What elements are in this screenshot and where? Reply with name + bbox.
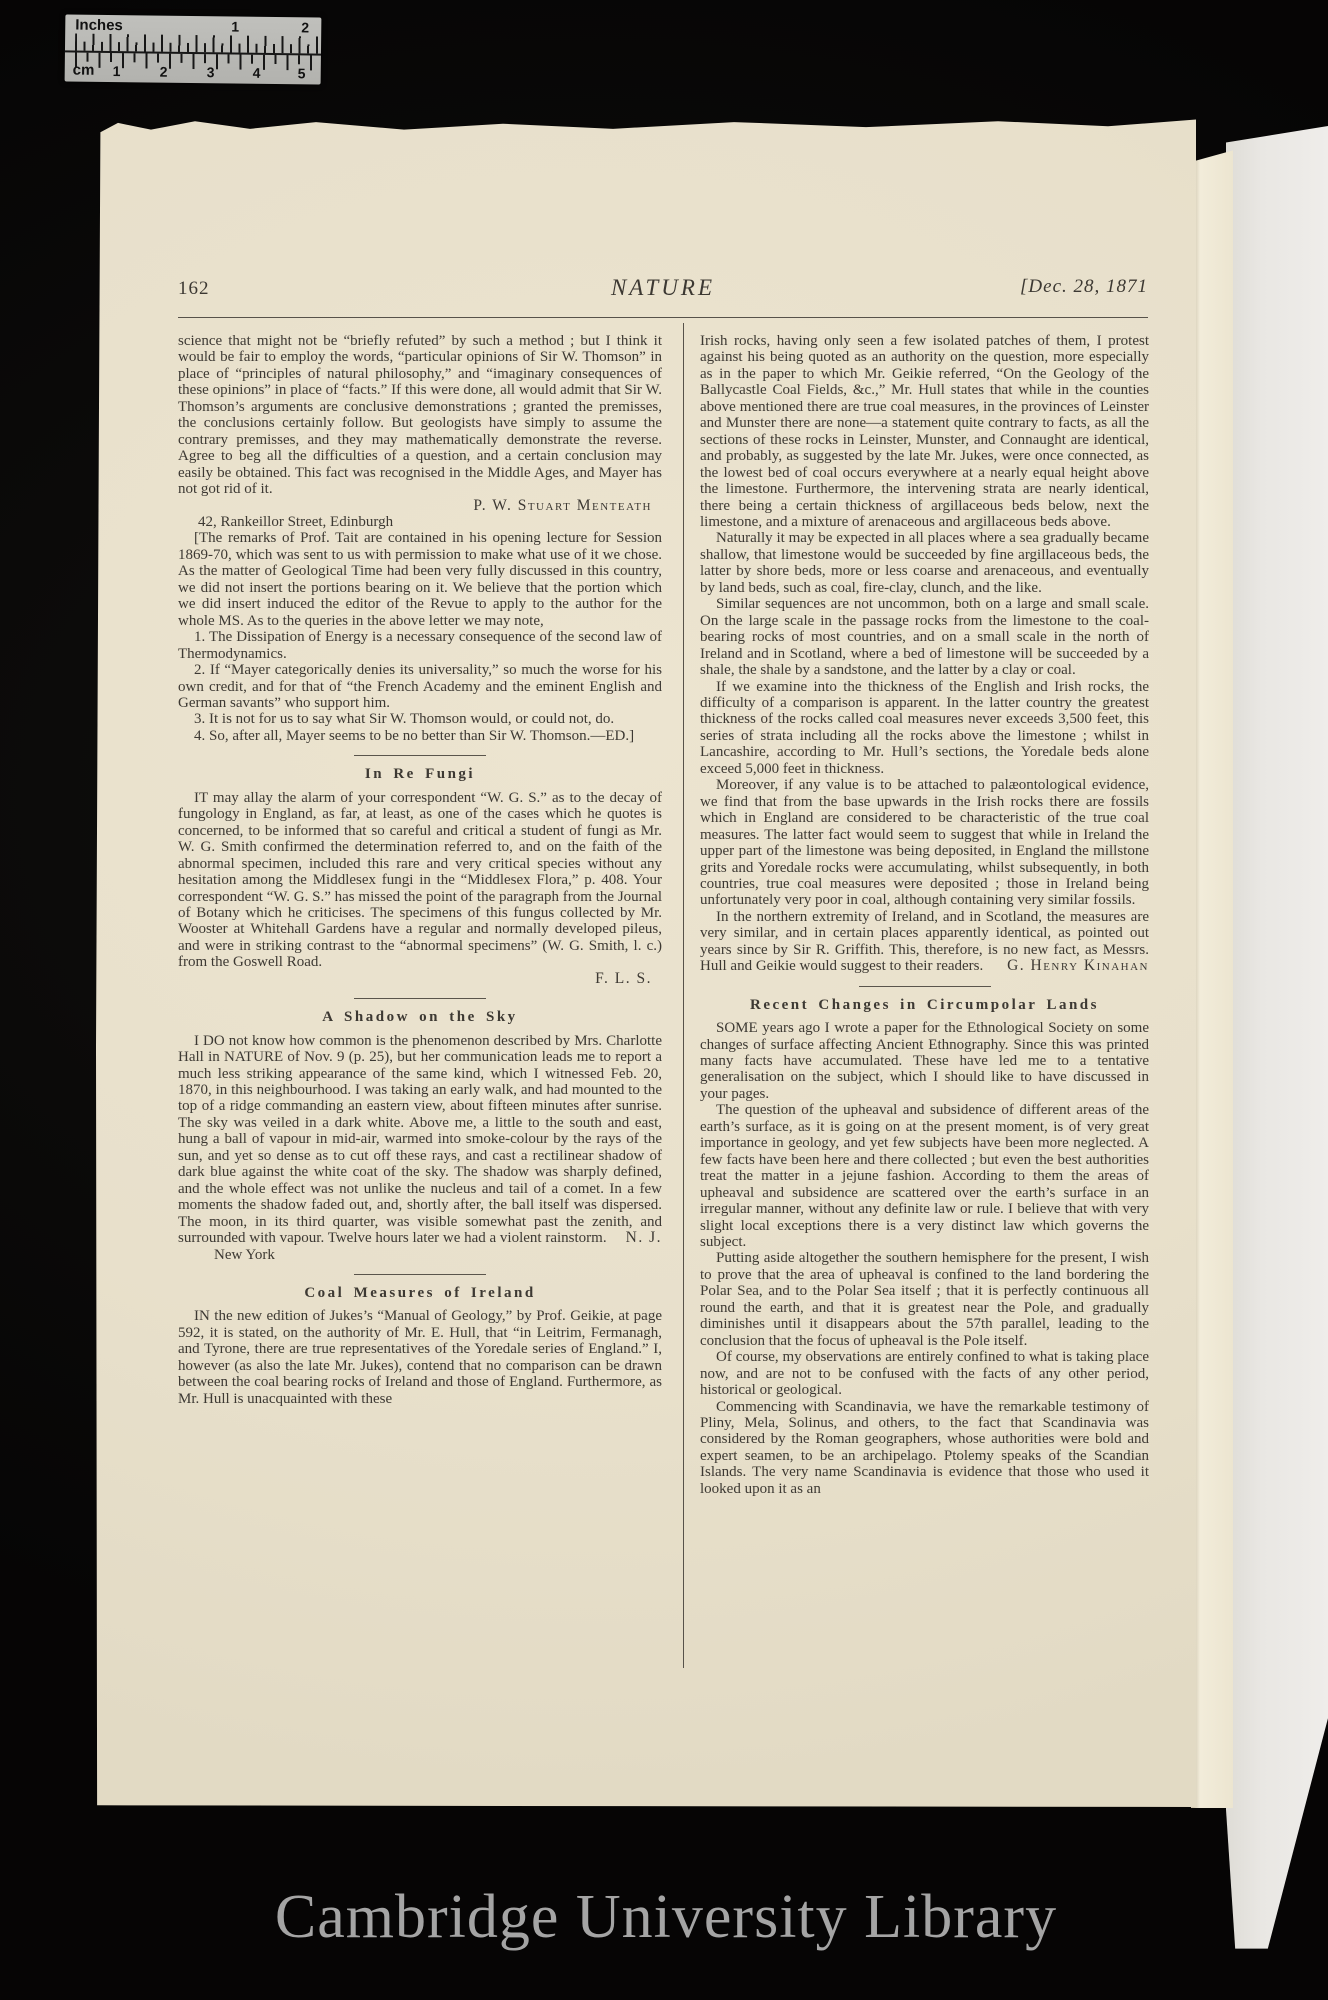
shadow-paragraph: I DO not know how common is the phenomen…: [178, 1033, 662, 1247]
page-fold-strip: [1191, 147, 1233, 1808]
underlying-page-edge: [1226, 126, 1328, 1956]
coal-continuation-paragraph-6: In the northern extremity of Ireland, an…: [700, 909, 1149, 975]
right-column: Irish rocks, having only seen a few isol…: [700, 333, 1149, 1497]
editor-note-item-2: 2. If “Mayer categorically denies its un…: [178, 662, 662, 711]
ruler-inches-label: Inches: [75, 18, 123, 34]
ruler-cm-number-1: 1: [113, 64, 121, 78]
coal-continuation-paragraph-4: If we examine into the thickness of the …: [700, 679, 1149, 778]
section-divider: [354, 755, 486, 756]
coal-continuation-paragraph-2: Naturally it may be expected in all plac…: [700, 530, 1149, 596]
section-heading-coal-measures: Coal Measures of Ireland: [178, 1285, 662, 1301]
signature-kinahan: G. Henry Kinahan: [991, 958, 1149, 974]
ruler-cm-number-3: 3: [207, 65, 215, 79]
header-rule: [178, 317, 1148, 318]
editor-note-paragraph: [The remarks of Prof. Tait are contained…: [178, 530, 662, 629]
shadow-paragraph-text: I DO not know how common is the phenomen…: [178, 1033, 662, 1246]
library-watermark: Cambridge University Library: [96, 1882, 1236, 1953]
editor-note-item-4: 4. So, after all, Mayer seems to be no b…: [178, 728, 662, 744]
cm-large-ticks: [75, 53, 318, 71]
section-divider: [859, 986, 991, 987]
scanned-journal-page: 162 NATURE [Dec. 28, 1871 science that m…: [96, 117, 1196, 1807]
circumpolar-paragraph-5: Commencing with Scandinavia, we have the…: [700, 1399, 1149, 1498]
circumpolar-paragraph-4: Of course, my observations are entirely …: [700, 1349, 1149, 1398]
left-column: science that might not be “briefly refut…: [178, 333, 662, 1407]
ruler-cm-number-4: 4: [253, 66, 261, 80]
signature-menteath: P. W. Stuart Menteath: [178, 498, 662, 514]
section-divider: [354, 1274, 486, 1275]
address-menteath: 42, Rankeillor Street, Edinburgh: [178, 514, 662, 530]
section-heading-circumpolar-lands: Recent Changes in Circumpolar Lands: [700, 997, 1149, 1013]
circumpolar-paragraph-3: Putting aside altogether the southern he…: [700, 1250, 1149, 1349]
page-header: 162 NATURE [Dec. 28, 1871: [178, 275, 1148, 305]
section-heading-in-re-fungi: In Re Fungi: [178, 766, 662, 782]
address-new-york: New York: [178, 1247, 662, 1263]
section-divider: [354, 998, 486, 999]
coal-measures-paragraph: IN the new edition of Jukes’s “Manual of…: [178, 1308, 662, 1407]
ruler-cm-number-2: 2: [160, 65, 168, 79]
coal-continuation-paragraph-1: Irish rocks, having only seen a few isol…: [700, 333, 1149, 530]
fungi-paragraph: IT may allay the alarm of your correspon…: [178, 790, 662, 971]
ruler-inch-number-1: 1: [231, 19, 239, 33]
ruler-inch-number-2: 2: [301, 20, 309, 34]
editor-note-item-1: 1. The Dissipation of Energy is a necess…: [178, 629, 662, 662]
issue-date: [Dec. 28, 1871: [1020, 276, 1148, 298]
column-divider-rule: [683, 323, 684, 1668]
coal-continuation-paragraph-5: Moreover, if any value is to be attached…: [700, 777, 1149, 909]
circumpolar-paragraph-2: The question of the upheaval and subside…: [700, 1102, 1149, 1250]
ruler-cm-number-5: 5: [298, 66, 306, 80]
letter-continuation-paragraph: science that might not be “briefly refut…: [178, 333, 662, 498]
signature-nj: N. J.: [610, 1230, 662, 1246]
editor-note-item-3: 3. It is not for us to say what Sir W. T…: [178, 711, 662, 727]
measurement-ruler: Inches 1 2 cm 1 2 3 4 5: [65, 14, 322, 84]
section-heading-shadow-on-the-sky: A Shadow on the Sky: [178, 1009, 662, 1025]
circumpolar-paragraph-1: SOME years ago I wrote a paper for the E…: [700, 1020, 1149, 1102]
coal-continuation-paragraph-3: Similar sequences are not uncommon, both…: [700, 596, 1149, 678]
ruler-cm-label: cm: [73, 63, 95, 78]
signature-fls: F. L. S.: [178, 971, 662, 987]
journal-title: NATURE: [178, 275, 1148, 301]
